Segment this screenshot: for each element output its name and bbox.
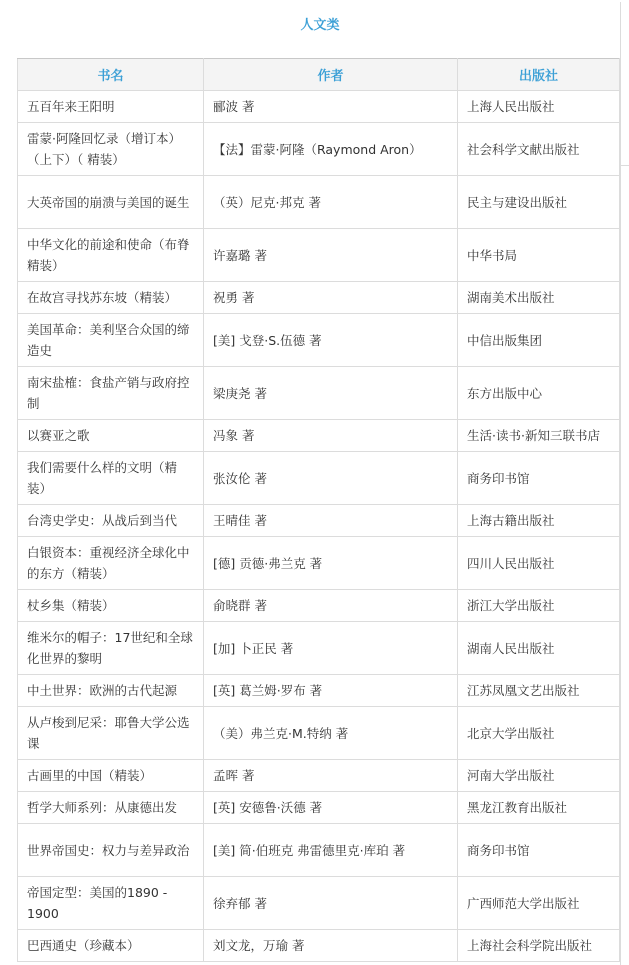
book-publisher: 商务印书馆 — [458, 824, 620, 877]
book-title: 南宋盐榷：食盐产销与政府控制 — [18, 367, 204, 420]
book-publisher: 上海古籍出版社 — [458, 505, 620, 537]
book-publisher: 北京大学出版社 — [458, 707, 620, 760]
book-publisher: 河南大学出版社 — [458, 760, 620, 792]
book-author: [英] 安德鲁·沃德 著 — [204, 792, 458, 824]
book-publisher: 江苏凤凰文艺出版社 — [458, 675, 620, 707]
book-publisher: 湖南美术出版社 — [458, 282, 620, 314]
book-author: [美] 戈登·S.伍德 著 — [204, 314, 458, 367]
book-publisher: 中华书局 — [458, 229, 620, 282]
book-title: 帝国定型：美国的1890 - 1900 — [18, 877, 204, 930]
book-title: 五百年来王阳明 — [18, 91, 204, 123]
book-title: 在故宫寻找苏东坡（精装） — [18, 282, 204, 314]
book-publisher: 商务印书馆 — [458, 452, 620, 505]
book-author: 梁庚尧 著 — [204, 367, 458, 420]
book-title: 以赛亚之歌 — [18, 420, 204, 452]
table-row: 哲学大师系列：从康德出发 [英] 安德鲁·沃德 著 黑龙江教育出版社 — [18, 792, 620, 824]
book-title: 杖乡集（精装） — [18, 590, 204, 622]
book-publisher: 上海社会科学院出版社 — [458, 930, 620, 962]
table-row: 白银资本：重视经济全球化中的东方（精装） [德] 贡德·弗兰克 著 四川人民出版… — [18, 537, 620, 590]
book-author: 许嘉璐 著 — [204, 229, 458, 282]
book-author: 冯象 著 — [204, 420, 458, 452]
table-row: 五百年来王阳明 郦波 著 上海人民出版社 — [18, 91, 620, 123]
table-row: 从卢梭到尼采：耶鲁大学公选课 （美）弗兰克·M.特纳 著 北京大学出版社 — [18, 707, 620, 760]
book-title: 雷蒙·阿隆回忆录（增订本）（上下）（ 精装） — [18, 123, 204, 176]
table-row: 维米尔的帽子：17世纪和全球化世界的黎明 [加] 卜正民 著 湖南人民出版社 — [18, 622, 620, 675]
table-row: 我们需要什么样的文明（精装） 张汝伦 著 商务印书馆 — [18, 452, 620, 505]
table-row: 以赛亚之歌 冯象 著 生活·读书·新知三联书店 — [18, 420, 620, 452]
book-title: 美国革命：美利坚合众国的缔造史 — [18, 314, 204, 367]
book-publisher: 民主与建设出版社 — [458, 176, 620, 229]
book-title: 从卢梭到尼采：耶鲁大学公选课 — [18, 707, 204, 760]
table-header-row: 书名 作者 出版社 — [18, 59, 620, 91]
book-title: 大英帝国的崩溃与美国的诞生 — [18, 176, 204, 229]
book-publisher: 上海人民出版社 — [458, 91, 620, 123]
column-header-title: 书名 — [18, 59, 204, 91]
book-author: 祝勇 著 — [204, 282, 458, 314]
table-row: 雷蒙·阿隆回忆录（增订本）（上下）（ 精装） 【法】雷蒙·阿隆（Raymond … — [18, 123, 620, 176]
book-title: 巴西通史（珍藏本） — [18, 930, 204, 962]
table-row: 大英帝国的崩溃与美国的诞生 （英）尼克·邦克 著 民主与建设出版社 — [18, 176, 620, 229]
book-title: 世界帝国史：权力与差异政治 — [18, 824, 204, 877]
book-title: 白银资本：重视经济全球化中的东方（精装） — [18, 537, 204, 590]
right-edge-divider — [620, 166, 621, 965]
book-author: 郦波 著 — [204, 91, 458, 123]
book-author: 俞晓群 著 — [204, 590, 458, 622]
table-row: 美国革命：美利坚合众国的缔造史 [美] 戈登·S.伍德 著 中信出版集团 — [18, 314, 620, 367]
book-title: 台湾史学史：从战后到当代 — [18, 505, 204, 537]
table-row: 中土世界：欧洲的古代起源 [英] 葛兰姆·罗布 著 江苏凤凰文艺出版社 — [18, 675, 620, 707]
section-title: 人文类 — [0, 14, 629, 33]
column-header-publisher: 出版社 — [458, 59, 620, 91]
book-publisher: 广西师范大学出版社 — [458, 877, 620, 930]
table-row: 在故宫寻找苏东坡（精装） 祝勇 著 湖南美术出版社 — [18, 282, 620, 314]
book-publisher: 生活·读书·新知三联书店 — [458, 420, 620, 452]
book-publisher: 四川人民出版社 — [458, 537, 620, 590]
book-publisher: 中信出版集团 — [458, 314, 620, 367]
book-author: [美] 简·伯班克 弗雷德里克·库珀 著 — [204, 824, 458, 877]
book-author: 张汝伦 著 — [204, 452, 458, 505]
book-title: 哲学大师系列：从康德出发 — [18, 792, 204, 824]
book-author: [英] 葛兰姆·罗布 著 — [204, 675, 458, 707]
column-header-author: 作者 — [204, 59, 458, 91]
book-publisher: 湖南人民出版社 — [458, 622, 620, 675]
book-author: 刘文龙，万瑜 著 — [204, 930, 458, 962]
table-row: 世界帝国史：权力与差异政治 [美] 简·伯班克 弗雷德里克·库珀 著 商务印书馆 — [18, 824, 620, 877]
book-author: [加] 卜正民 著 — [204, 622, 458, 675]
book-author: 孟晖 著 — [204, 760, 458, 792]
book-title: 我们需要什么样的文明（精装） — [18, 452, 204, 505]
book-author: （美）弗兰克·M.特纳 著 — [204, 707, 458, 760]
table-row: 台湾史学史：从战后到当代 王晴佳 著 上海古籍出版社 — [18, 505, 620, 537]
book-author: 【法】雷蒙·阿隆（Raymond Aron） — [204, 123, 458, 176]
book-title: 维米尔的帽子：17世纪和全球化世界的黎明 — [18, 622, 204, 675]
book-publisher: 浙江大学出版社 — [458, 590, 620, 622]
book-list-table: 书名 作者 出版社 五百年来王阳明 郦波 著 上海人民出版社 雷蒙·阿隆回忆录（… — [17, 58, 620, 962]
table-row: 帝国定型：美国的1890 - 1900 徐弃郁 著 广西师范大学出版社 — [18, 877, 620, 930]
book-author: 王晴佳 著 — [204, 505, 458, 537]
book-title: 古画里的中国（精装） — [18, 760, 204, 792]
table-row: 中华文化的前途和使命（布脊精装） 许嘉璐 著 中华书局 — [18, 229, 620, 282]
book-title: 中土世界：欧洲的古代起源 — [18, 675, 204, 707]
book-publisher: 东方出版中心 — [458, 367, 620, 420]
book-publisher: 社会科学文献出版社 — [458, 123, 620, 176]
table-row: 杖乡集（精装） 俞晓群 著 浙江大学出版社 — [18, 590, 620, 622]
book-title: 中华文化的前途和使命（布脊精装） — [18, 229, 204, 282]
book-author: （英）尼克·邦克 著 — [204, 176, 458, 229]
book-publisher: 黑龙江教育出版社 — [458, 792, 620, 824]
table-row: 巴西通史（珍藏本） 刘文龙，万瑜 著 上海社会科学院出版社 — [18, 930, 620, 962]
table-row: 古画里的中国（精装） 孟晖 著 河南大学出版社 — [18, 760, 620, 792]
book-author: 徐弃郁 著 — [204, 877, 458, 930]
book-author: [德] 贡德·弗兰克 著 — [204, 537, 458, 590]
table-row: 南宋盐榷：食盐产销与政府控制 梁庚尧 著 东方出版中心 — [18, 367, 620, 420]
